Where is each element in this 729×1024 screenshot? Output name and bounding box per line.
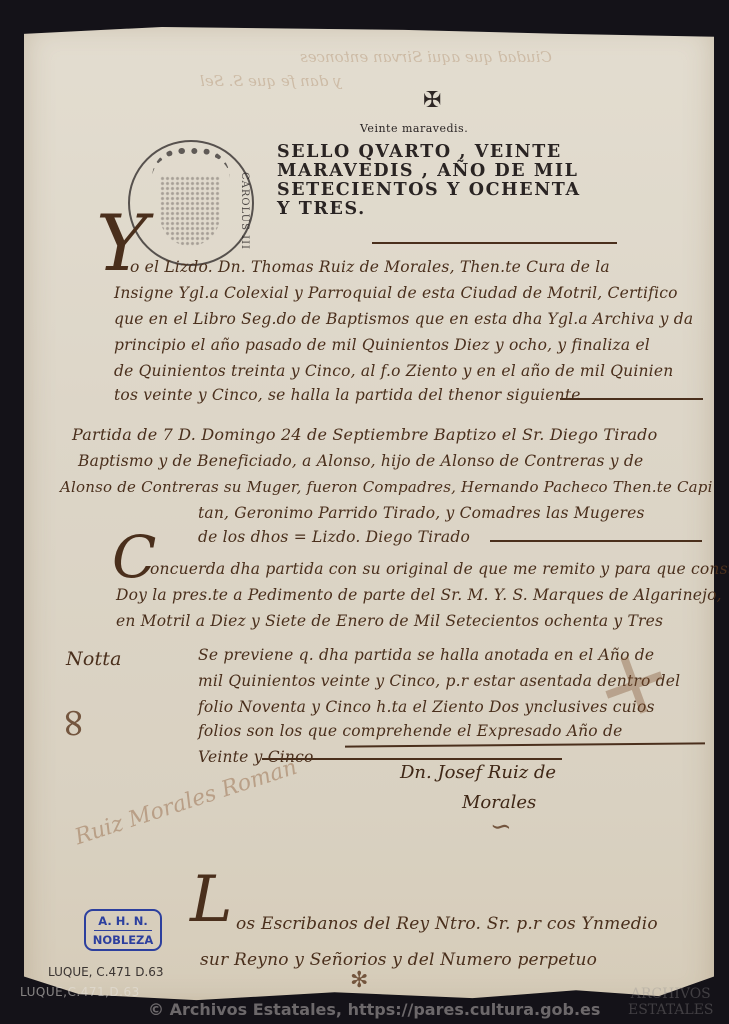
bleedthrough-text-1: Ciudad que aqui Sirvan entonces — [300, 48, 552, 66]
crown-icon — [152, 148, 230, 178]
shield-icon — [160, 176, 220, 246]
copyright-notice: © Archivos Estatales, https://pares.cult… — [148, 1000, 600, 1019]
stamp-line: MARAVEDIS , AÑO DE MIL — [277, 162, 627, 181]
rubric-icon: ✻ — [350, 968, 368, 993]
nota-line: Se previene q. dha partida se halla anot… — [198, 646, 654, 664]
partida-line: tan, Geronimo Parrido Tirado, y Comadres… — [198, 504, 645, 522]
nota-line: folios son los que comprehende el Expres… — [198, 722, 622, 740]
stamp-value-note: Veinte maravedis. — [360, 122, 468, 135]
archive-logo-watermark: ARCHIVOS ESTATALES — [628, 986, 714, 1018]
body-line: o el Lizdo. Dn. Thomas Ruiz de Morales, … — [130, 258, 610, 276]
escribanos-line: os Escribanos del Rey Ntro. Sr. p.r cos … — [236, 914, 658, 934]
stamp-rule — [372, 242, 617, 244]
body-line: que en el Libro Seg.do de Baptismos que … — [114, 310, 693, 328]
body-line: tos veinte y Cinco, se halla la partida … — [114, 386, 581, 404]
line-filler-rule — [262, 758, 562, 760]
line-filler-rule — [560, 398, 703, 400]
flourish-icon: ∞ — [52, 706, 98, 739]
partida-line: Alonso de Contreras su Muger, fueron Com… — [60, 478, 713, 496]
body-line: Insigne Ygl.a Colexial y Parroquial de e… — [114, 284, 678, 302]
signature-line-2: Morales — [462, 792, 536, 813]
concuerda-line: oncuerda dha partida con su original de … — [150, 560, 729, 578]
stamp-line: SETECIENTOS Y OCHENTA — [277, 181, 627, 200]
ahn-nobleza-stamp: A. H. N. NOBLEZA — [84, 909, 162, 951]
logo-line: ARCHIVOS — [628, 986, 714, 1002]
body-line: de Quinientos treinta y Cinco, al f.o Zi… — [114, 362, 673, 380]
nota-line: Veinte y Cinco — [198, 748, 314, 766]
initial-letter: L — [190, 868, 233, 932]
nota-label: Notta — [66, 648, 122, 670]
cross-icon: ✠ — [423, 88, 441, 113]
escribanos-line: sur Reyno y Señorios y del Numero perpet… — [200, 950, 597, 970]
body-line: principio el año pasado de mil Quiniento… — [114, 336, 650, 354]
partida-line: Baptismo y de Beneficiado, a Alonso, hij… — [78, 452, 643, 470]
concuerda-line: en Motril a Diez y Siete de Enero de Mil… — [116, 612, 663, 630]
logo-line: ESTATALES — [628, 1002, 714, 1018]
partida-line: de los dhos = Lizdo. Diego Tirado — [198, 528, 470, 546]
stamp-nobleza: NOBLEZA — [86, 931, 160, 949]
stamp-ahn: A. H. N. — [94, 911, 152, 931]
signature-line-1: Dn. Josef Ruiz de — [400, 762, 556, 783]
pencil-reference: LUQUE, C.471 D.63 — [48, 965, 164, 979]
sello-stamp: SELLO QVARTO , VEINTE MARAVEDIS , AÑO DE… — [277, 143, 627, 219]
concuerda-line: Doy la pres.te a Pedimento de parte del … — [116, 586, 722, 604]
stamp-line: SELLO QVARTO , VEINTE — [277, 143, 627, 162]
watermark-reference: LUQUE,C.471,D.63 — [20, 985, 140, 999]
stamp-line: Y TRES. — [277, 200, 627, 219]
line-filler-rule — [490, 540, 702, 542]
signature-rubric-icon: ∽ — [490, 812, 512, 842]
partida-line: Partida de 7 D. Domingo 24 de Septiembre… — [72, 425, 657, 444]
bleedthrough-text-2: y dan fe que S. Sel — [200, 72, 342, 90]
seal-legend: CAROLUS III — [239, 172, 250, 250]
